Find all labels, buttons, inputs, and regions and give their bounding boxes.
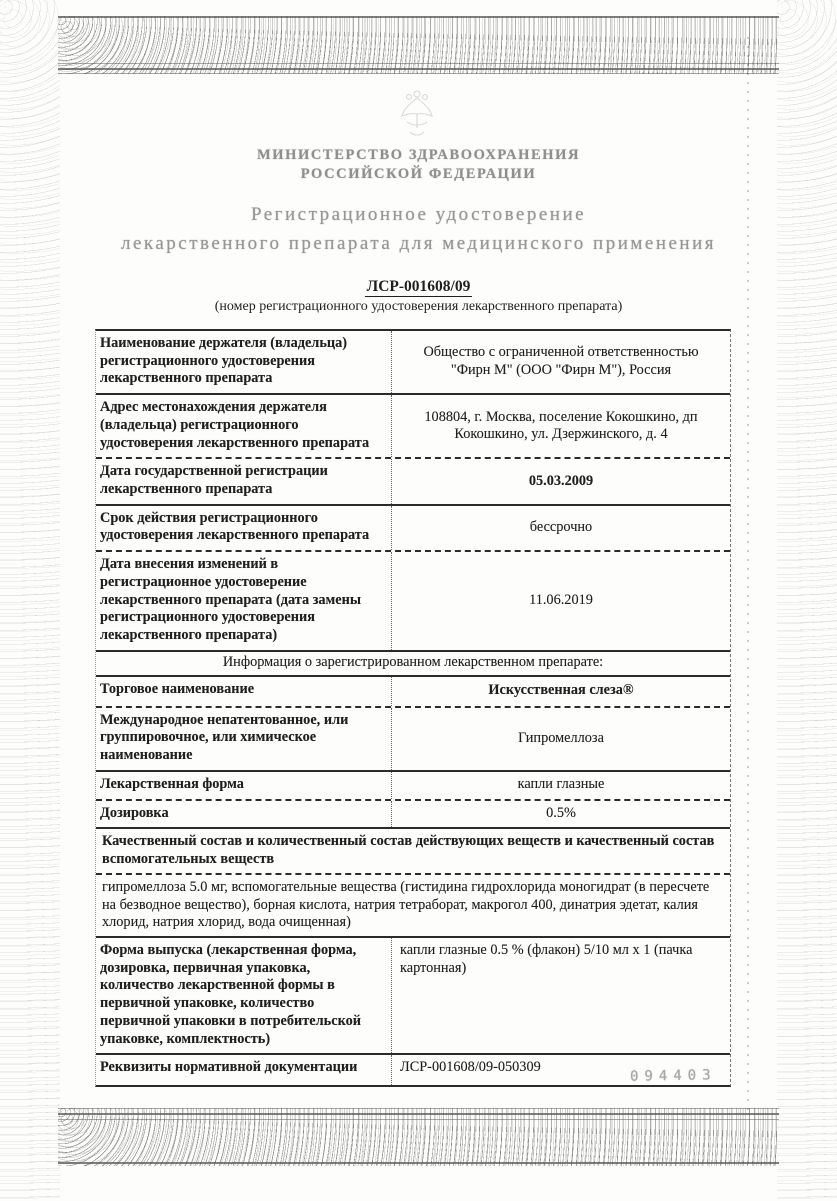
border-rule: [58, 1119, 779, 1120]
border-rule: [58, 73, 779, 74]
border-rule: [58, 16, 779, 18]
right-edge-perforation-marks: [747, 30, 749, 1110]
table-row-dosage: Дозировка 0.5%: [96, 799, 730, 828]
row-label: Дозировка: [96, 801, 392, 828]
table-row-holder-address: Адрес местонахождения держателя (владель…: [96, 393, 730, 457]
row-value: капли глазные: [392, 772, 730, 799]
row-value: 11.06.2019: [392, 552, 730, 650]
table-row-amendment-date: Дата внесения изменений в регистрационно…: [96, 550, 730, 650]
row-label: Адрес местонахождения держателя (владель…: [96, 395, 392, 457]
row-value: Общество с ограниченной ответственностью…: [392, 331, 730, 393]
border-rule: [58, 1162, 779, 1164]
table-row-registration-date: Дата государственной регистрации лекарст…: [96, 457, 730, 503]
composition-title: Качественный состав и количественный сос…: [96, 829, 730, 872]
table-row-dosage-form: Лекарственная форма капли глазные: [96, 770, 730, 799]
row-label: Срок действия регистрационного удостовер…: [96, 506, 392, 550]
border-rule: [58, 1108, 779, 1109]
composition-text: гипромеллоза 5.0 мг, вспомогательные вещ…: [96, 875, 730, 936]
document-title: Регистрационное удостоверение лекарствен…: [0, 200, 837, 259]
row-label: Дата государственной регистрации лекарст…: [96, 459, 392, 503]
document-title-line2: лекарственного препарата для медицинског…: [0, 229, 837, 258]
row-value: 05.03.2009: [392, 459, 730, 503]
table-row-holder-name: Наименование держателя (владельца) регис…: [96, 331, 730, 393]
border-rule: [58, 1113, 779, 1115]
info-section-title: Информация о зарегистрированном лекарств…: [96, 652, 730, 675]
ministry-name-line1: МИНИСТЕРСТВО ЗДРАВООХРАНЕНИЯ: [0, 146, 837, 165]
table-row-inn-name: Международное непатентованное, или групп…: [96, 706, 730, 770]
row-label: Дата внесения изменений в регистрационно…: [96, 552, 392, 650]
stamp-serial-number: 094403: [630, 1067, 717, 1085]
table-row-release-form: Форма выпуска (лекарственная форма, дози…: [96, 936, 730, 1053]
row-label: Наименование держателя (владельца) регис…: [96, 331, 392, 393]
registration-number: ЛСР-001608/09: [0, 278, 837, 296]
ministry-name-line2: РОССИЙСКОЙ ФЕДЕРАЦИИ: [0, 165, 837, 184]
table-row-validity: Срок действия регистрационного удостовер…: [96, 504, 730, 550]
guilloche-bottom-border: [58, 1108, 779, 1166]
row-label: Реквизиты нормативной документации: [96, 1055, 392, 1085]
border-rule: [58, 63, 779, 64]
row-value: Искусственная слеза®: [392, 677, 730, 706]
document-title-line1: Регистрационное удостоверение: [0, 200, 837, 229]
row-value: Гипромеллоза: [392, 708, 730, 770]
row-value: капли глазные 0.5 % (флакон) 5/10 мл х 1…: [392, 938, 730, 1053]
document-page: МИНИСТЕРСТВО ЗДРАВООХРАНЕНИЯ РОССИЙСКОЙ …: [0, 0, 837, 1201]
guilloche-top-border: [58, 16, 779, 74]
border-rule: [58, 68, 779, 70]
row-value: 0.5%: [392, 801, 730, 828]
table-row-composition-text: гипромеллоза 5.0 мг, вспомогательные вещ…: [96, 873, 730, 936]
certificate-table: Наименование держателя (владельца) регис…: [95, 329, 731, 1087]
coat-of-arms-icon: [392, 84, 442, 148]
row-label: Лекарственная форма: [96, 772, 392, 799]
table-section-header-row: Информация о зарегистрированном лекарств…: [96, 650, 730, 675]
row-label: Форма выпуска (лекарственная форма, дози…: [96, 938, 392, 1053]
table-row-composition-header: Качественный состав и количественный сос…: [96, 827, 730, 872]
table-row-trade-name: Торговое наименование Искусственная слез…: [96, 675, 730, 706]
row-label: Международное непатентованное, или групп…: [96, 708, 392, 770]
row-value: бессрочно: [392, 506, 730, 550]
row-label: Торговое наименование: [96, 677, 392, 706]
row-value: 108804, г. Москва, поселение Кокошкино, …: [392, 395, 730, 457]
ministry-name: МИНИСТЕРСТВО ЗДРАВООХРАНЕНИЯ РОССИЙСКОЙ …: [0, 146, 837, 184]
registration-number-caption: (номер регистрационного удостоверения ле…: [0, 299, 837, 315]
